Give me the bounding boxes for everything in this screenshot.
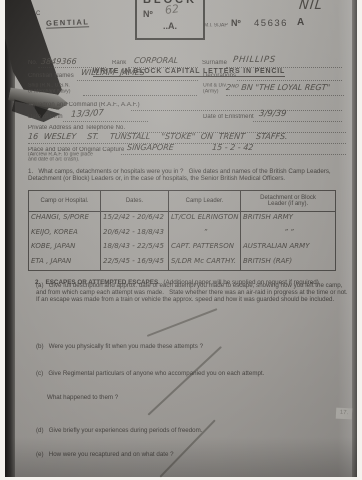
christian-names-value: WILLIAM JAMES — [81, 68, 146, 77]
question-2d-text: (d) Give briefly your experiences during… — [36, 427, 202, 434]
unit-value: 2ᴺᴰ BN "THE LOYAL REGT" — [226, 83, 331, 92]
table-row-dates: 20/6/42 - 18/8/43 — [101, 227, 169, 242]
unit-label-line1: Unit & Div. — [203, 83, 227, 88]
camp-table-header-camp: Camp or Hospital. — [29, 191, 101, 212]
ship-label-line1: Ship (R.N., U.S.N. — [28, 83, 70, 88]
decorations-label: Decorations — [203, 73, 236, 79]
form-number: 45636 — [254, 18, 288, 29]
confidential-stamp: GENTIAL — [46, 17, 90, 29]
enlistment-value: 3/9/39 — [258, 109, 286, 119]
table-row-camp: KOBE, JAPAN — [29, 241, 101, 256]
mi9-label: M.I. 9/JAP — [204, 23, 228, 28]
table-row-detachment: BRITISH ARMY — [241, 212, 335, 227]
block-stamp-box: BLOCK Nº 62 ..A. — [135, 0, 205, 40]
table-row-leader: LT/COL ELRINGTON — [169, 212, 241, 227]
camp-table: Camp or Hospital. Dates. Camp Leader. De… — [28, 190, 336, 271]
unit-label-line2: (Army) — [203, 89, 218, 94]
table-row-dates: 18/8/43 - 22/5/45 — [101, 241, 169, 256]
camp-table-header-leader: Camp Leader. — [169, 191, 241, 212]
table-row-detachment: AUSTRALIAN ARMY — [241, 241, 335, 256]
surname-value: PHILLIPS — [232, 55, 276, 65]
table-row-camp: CHANGI, S/PORE — [29, 212, 101, 227]
page-edge-note: 17. — [336, 408, 353, 420]
table-row-dates: 15/2/42 - 20/6/42 — [101, 212, 169, 227]
aircrew-note-line2: and date of a/c crash). — [28, 157, 79, 162]
nil-annotation: NIL — [298, 0, 323, 13]
table-row-camp: KEIJO, KOREA — [29, 227, 101, 242]
confidential-prefix: C — [36, 11, 40, 17]
address-value: 16 WESLEY ST. TUNSTALL "STOKE" ON TRENT … — [28, 132, 289, 141]
question-2c2-text: What happened to them ? — [47, 394, 118, 401]
form-no-label: Nº — [231, 18, 241, 28]
question-2a-text: (a) Give full description and approx. da… — [36, 282, 348, 303]
address-label: Private Address and Telephone No. — [28, 125, 125, 131]
fill-line — [131, 100, 342, 111]
ship-label-line2: or Merchant Navy) — [28, 89, 70, 94]
dob-value: 13/3/07 — [71, 108, 104, 120]
capture-place-value: SINGAPORE — [127, 143, 175, 152]
question-2b-text: (b) Were you physically fit when you mad… — [36, 343, 203, 350]
question-2c-text: (c) Give Regimental particulars of anyon… — [36, 370, 264, 377]
table-row-leader: CAPT. PATTERSON — [169, 241, 241, 256]
table-row-leader: ” — [169, 227, 241, 242]
form-series-letter: A — [297, 17, 304, 28]
enlistment-label: Date of Enlistment — [203, 114, 254, 120]
christian-names-label: Christian Names — [28, 73, 74, 79]
block-no-label: Nº — [143, 9, 153, 19]
surname-label: Surname — [202, 60, 227, 66]
scanned-document: BLOCK Nº 62 ..A. NIL C GENTIAL M.I. 9/JA… — [0, 0, 362, 480]
table-row-detachment: BRITISH (RAF) — [241, 256, 335, 271]
dob-label: Date of Birth — [28, 114, 63, 120]
camp-table-header-detachment: Detachment or Block Leader (if any). — [241, 191, 335, 212]
rank-value: CORPORAL — [134, 56, 179, 65]
service-no-value: 3849366 — [41, 57, 78, 66]
fill-line — [83, 85, 197, 96]
table-row-detachment: ” ” — [241, 227, 335, 242]
table-row-dates: 22/5/45 - 16/9/45 — [101, 256, 169, 271]
page-edge-shadow — [352, 0, 357, 477]
block-stamp-suffix: ..A. — [163, 21, 177, 31]
block-no-value: 62 — [164, 2, 180, 17]
camp-table-header-dates: Dates. — [101, 191, 169, 212]
service-no-label: No. — [28, 60, 38, 66]
question-1-text: 1. What camps, detachments or hospitals … — [28, 168, 346, 182]
rank-label: Rank — [112, 60, 126, 66]
capture-date-value: 15 - 2 - 42 — [212, 143, 254, 152]
squadron-label: Squadron and Command (R.A.F., A.A.F.) — [28, 102, 140, 108]
table-row-camp: ETA , JAPAN — [29, 256, 101, 271]
question-2e-text: (e) How were you recaptured and on what … — [36, 451, 174, 458]
fill-line — [237, 70, 342, 81]
table-row-leader: S/LDR Mc CARTHY. — [169, 256, 241, 271]
